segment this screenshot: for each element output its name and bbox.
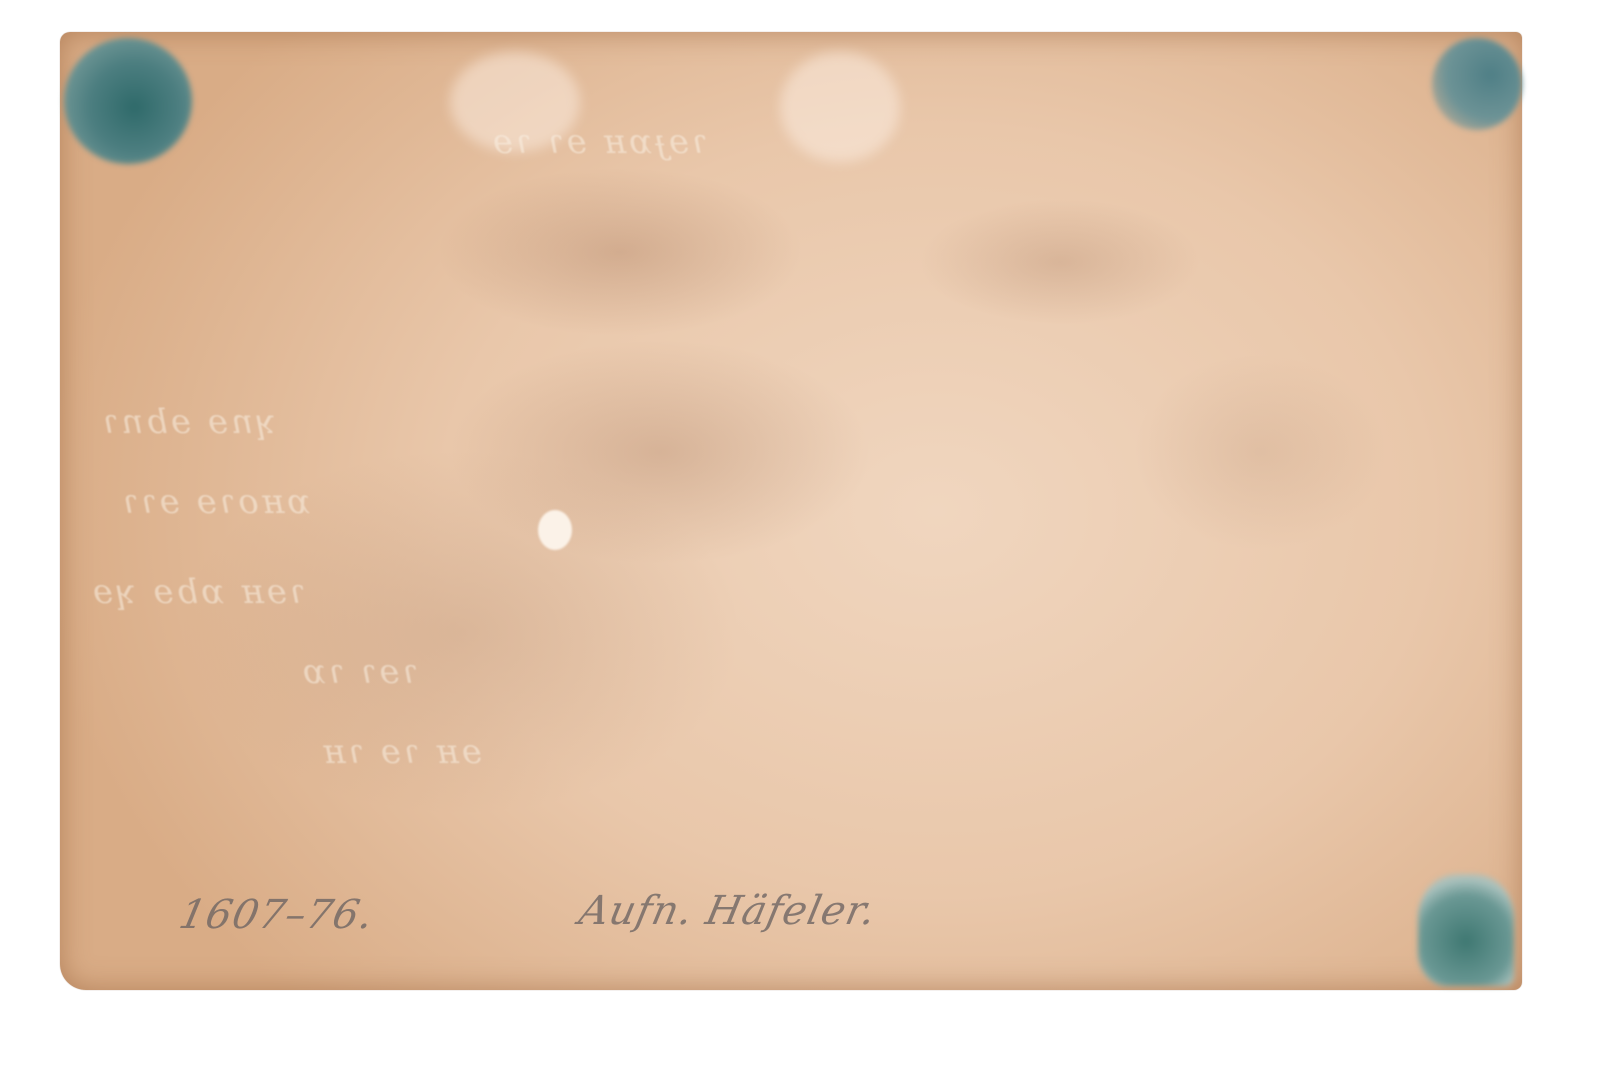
paper-card: ɿɘɟɒʜ ɘɿ ɿɘ ʞnɘ ɘbnɿ ɒʜoɿɘ ɘɿɿ ɿɘʜ ɒbɘ ʞ… <box>60 32 1522 990</box>
bleed-through-text: ɿɘʜ ɒbɘ ʞɘ <box>90 572 305 612</box>
handwritten-date: 1607–76. <box>175 892 378 938</box>
bleed-through-text: ɿɘɿ ɿɒ <box>300 652 418 692</box>
bleed-through-text: ɘʜ ɿɘ ɿʜ <box>320 732 482 772</box>
mold-stain-bottom-right <box>1418 874 1514 986</box>
bleed-through-text: ɿɘɟɒʜ ɘɿ ɿɘ <box>490 122 707 162</box>
mold-stain-top-left <box>64 38 192 164</box>
mold-stain-top-right <box>1432 38 1522 130</box>
glare-spot <box>780 52 900 162</box>
bleed-through-text: ʞnɘ ɘbnɿ <box>100 402 277 442</box>
handwritten-signature: Aufn. Häfeler. <box>575 888 881 934</box>
light-spot <box>538 510 572 550</box>
bleed-through-text: ɒʜoɿɘ ɘɿɿ <box>120 482 310 522</box>
